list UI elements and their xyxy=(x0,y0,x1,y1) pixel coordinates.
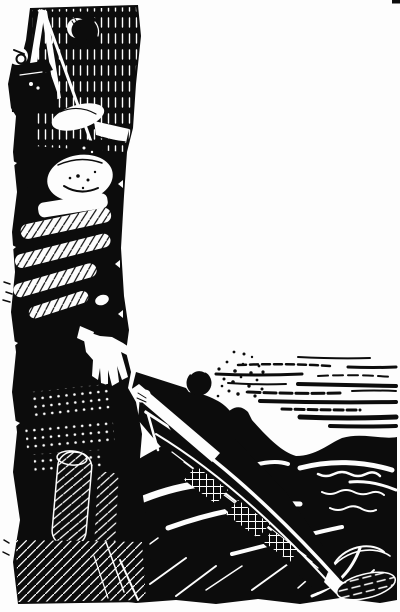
oarsman-head xyxy=(187,371,212,396)
illustration-page xyxy=(0,0,400,612)
corner-mark xyxy=(392,0,400,4)
capped-sailor xyxy=(10,60,58,114)
woodcut-illustration xyxy=(0,0,400,612)
pulley-block xyxy=(67,14,101,48)
bottom-hatching xyxy=(16,540,146,602)
